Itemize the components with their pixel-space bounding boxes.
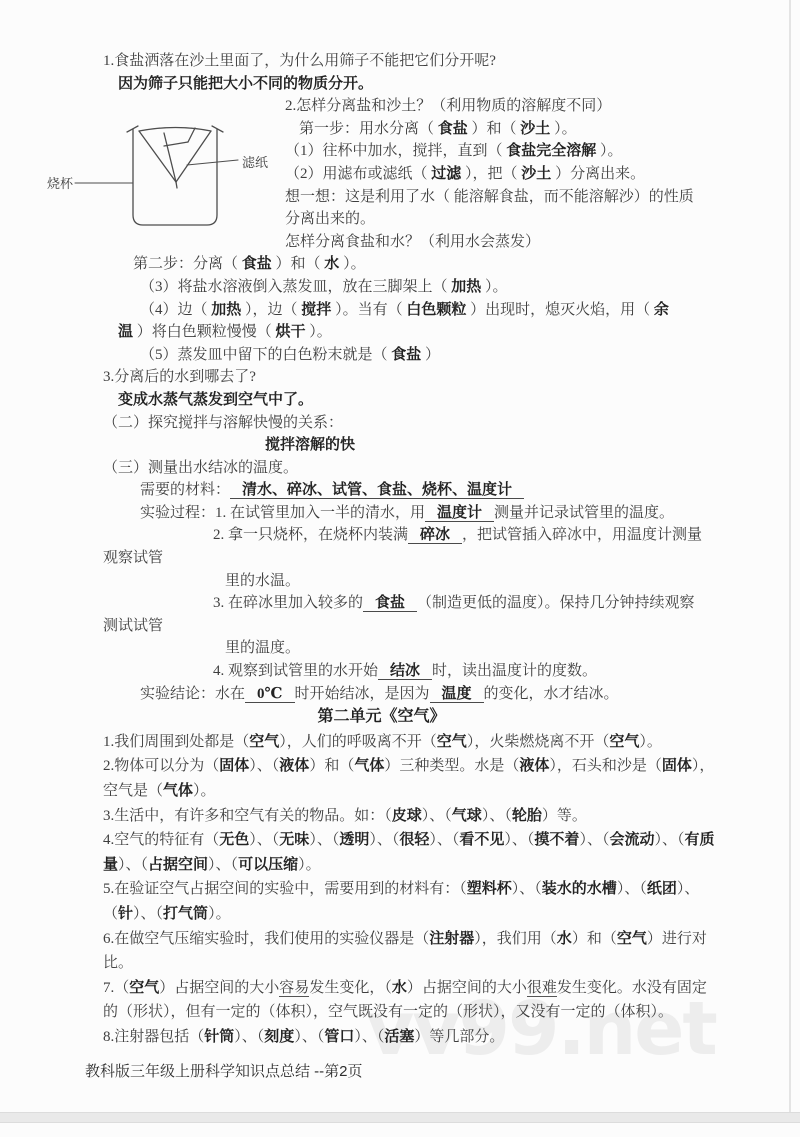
doc-line: 4. 观察到试管里的水开始结冰时，读出温度计的度数。 <box>103 660 720 683</box>
text-run: ）三种类型。水是（ <box>384 758 519 774</box>
text-run: 5.在验证空气占据空间的实验中，需要用到的材料有：（ <box>103 881 467 897</box>
answer-text: 余 <box>654 302 669 318</box>
page-right-edge <box>789 0 791 1112</box>
doc-line: 3.分离后的水到哪去了? <box>103 366 720 389</box>
answer-text: 活塞 <box>384 1029 414 1045</box>
doc-line: 6.在做空气压缩实验时，我们使用的实验仪器是（注射器），我们用（水）和（空气）进… <box>103 927 720 976</box>
answer-text: 加热 <box>211 302 241 318</box>
text-run: ）、（ <box>354 1029 384 1045</box>
text-run: ）。 <box>208 906 231 922</box>
answer-text: 打气筒 <box>163 906 208 922</box>
page-separator <box>0 1112 800 1123</box>
answer-text: 会流动 <box>609 832 654 848</box>
text-run: ）。 <box>193 783 216 799</box>
text-run: 4. 观察到试管里的水开始 <box>213 663 378 679</box>
answer-text: 气体 <box>163 783 193 799</box>
beaker-filter-diagram: 烧杯 滤纸 <box>45 99 285 249</box>
answer-blank: 温度计 <box>425 505 494 522</box>
answer-text: 加热 <box>451 279 481 295</box>
doc-line: 3.生活中，有许多和空气有关的物品。如：（皮球）、（气球）、（轮胎）等。 <box>103 804 720 829</box>
answer-text: 水 <box>324 256 339 272</box>
text-run: （5）蒸发皿中留下的白色粉末就是（ <box>140 347 391 363</box>
text-run: ）分离出来。 <box>551 166 645 182</box>
doc-line: 实验结论：水在0℃时开始结冰，是因为温度的变化，水才结冰。 <box>103 683 720 706</box>
text-run: 测量并记录试管里的温度。 <box>494 505 674 521</box>
text-run: 6.在做空气压缩实验时，我们使用的实验仪器是（ <box>103 931 429 947</box>
doc-line: 搅拌溶解的快 <box>103 434 720 457</box>
answer-text: 无味 <box>279 832 309 848</box>
text-run: （4）边（ <box>140 302 211 318</box>
page-footer: 教科版三年级上册科学知识点总结 --第2页 <box>85 1060 363 1081</box>
text-run: ）等。 <box>542 808 587 824</box>
text-run: ），边（ <box>241 302 301 318</box>
text-run: 7.（ <box>103 980 129 996</box>
doc-line: 7.（空气）占据空间的大小容易发生变化，（水）占据空间的大小很难发生变化。水没有… <box>103 976 720 1025</box>
text-run: ）。 <box>306 324 332 340</box>
text-run: （2）用滤布或滤纸（ <box>285 166 431 182</box>
answer-text: 轮胎 <box>512 808 542 824</box>
beaker-label: 烧杯 <box>47 173 73 192</box>
doc-line: 需要的材料：清水、碎冰、试管、食盐、烧杯、温度计 <box>103 479 720 502</box>
text-run: ）和（ <box>572 931 617 947</box>
answer-text: 气球 <box>452 808 482 824</box>
text-run: 时开始结冰，是因为 <box>295 686 430 702</box>
text-run: 想一想：这是利用了水（ 能溶解食盐，而不能溶解沙）的性质 <box>285 189 694 205</box>
section1-intro: 1.食盐洒落在沙土里面了，为什么用筛子不能把它们分开呢?因为筛子只能把大小不同的… <box>103 50 720 95</box>
text-run: （三）测量出水结冰的温度。 <box>103 460 298 476</box>
doc-line: 2.物体可以分为（固体）、（液体）和（气体）三种类型。水是（液体），石头和沙是（… <box>103 754 720 803</box>
doc-line: （三）测量出水结冰的温度。 <box>103 457 720 480</box>
doc-line: 温 ）将白色颗粒慢慢（ 烘干 ）。 <box>103 321 720 344</box>
answer-text: 固体 <box>219 758 249 774</box>
text-run: ）和（ <box>309 758 354 774</box>
answer-text: 食盐 <box>438 121 468 137</box>
text-run: 观察试管 <box>103 550 163 566</box>
doc-line: 8.注射器包括（针筒）、（刻度）、（管口）、（活塞）等几部分。 <box>103 1025 720 1050</box>
answer-text: 沙土 <box>521 166 551 182</box>
answer-text: 空气 <box>129 980 159 996</box>
text-run: ）。 <box>596 143 622 159</box>
text-run: ）、（ <box>512 881 542 897</box>
text-run: 2.怎样分离盐和沙土？（利用物质的溶解度不同） <box>285 98 611 114</box>
text-run: ）、（ <box>118 857 148 873</box>
unit2-body: 1.我们周围到处都是（空气），人们的呼吸离不开（空气），火柴燃烧离不开（空气）。… <box>103 730 720 1050</box>
answer-text: 空气 <box>249 734 279 750</box>
text-run: （二）探究搅拌与溶解快慢的关系： <box>103 415 343 431</box>
text-run: ）、（ <box>234 1029 264 1045</box>
text-run: 第一步：用水分离（ <box>299 121 438 137</box>
doc-line: （二）探究搅拌与溶解快慢的关系： <box>103 412 720 435</box>
doc-line: 实验过程：1. 在试管里加入一半的清水，用温度计测量并记录试管里的温度。 <box>103 502 720 525</box>
answer-text: 固体 <box>662 758 692 774</box>
doc-line: 观察试管 <box>103 547 720 570</box>
answer-text: 沙土 <box>520 121 550 137</box>
text-run: ），我们用（ <box>474 931 557 947</box>
text-run: 测试试管 <box>103 618 163 634</box>
answer-text: 刻度 <box>264 1029 294 1045</box>
unit2-title: 第二单元《空气》 <box>103 705 720 730</box>
doc-line: 测试试管 <box>103 615 720 638</box>
text-run: 怎样分离食盐和水？（利用水会蒸发） <box>285 234 540 250</box>
text-run: 发生变化，（ <box>309 980 392 996</box>
answer-text: 空气 <box>617 931 647 947</box>
text-run: 3.分离后的水到哪去了? <box>103 369 256 385</box>
document-content: 1.食盐洒落在沙土里面了，为什么用筛子不能把它们分开呢?因为筛子只能把大小不同的… <box>0 0 800 1050</box>
filter-paper-label: 滤纸 <box>242 152 268 171</box>
doc-line: 1.食盐洒落在沙土里面了，为什么用筛子不能把它们分开呢? <box>103 50 720 73</box>
text-run: ）出现时，熄灭火焰，用（ <box>466 302 654 318</box>
text-run: ）占据空间的大小 <box>407 980 527 996</box>
answer-text: 可以压缩 <box>238 857 298 873</box>
doc-line: 5.在验证空气占据空间的实验中，需要用到的材料有：（塑料杯）、（装水的水槽）、（… <box>103 877 720 926</box>
text-run: 很难 <box>527 980 557 997</box>
text-run: ）将白色颗粒慢慢（ <box>133 324 276 340</box>
answer-text: 占据空间 <box>148 857 208 873</box>
text-run: 里的水温。 <box>225 573 300 589</box>
doc-line: 里的温度。 <box>103 637 720 660</box>
doc-line: 变成水蒸气蒸发到空气中了。 <box>103 389 720 412</box>
text-run: ）、（ <box>294 1029 324 1045</box>
text-run: ）、（ <box>249 832 279 848</box>
text-run: ）、（ <box>208 857 238 873</box>
answer-text: 纸团 <box>647 881 677 897</box>
text-run: ）、（ <box>482 808 512 824</box>
text-run: 4.空气的特征有（ <box>103 832 219 848</box>
text-run: ）、（ <box>133 906 163 922</box>
text-run: 3. 在碎冰里加入较多的 <box>213 595 363 611</box>
answer-blank: 结冰 <box>378 663 432 680</box>
doc-line: 1.我们周围到处都是（空气），人们的呼吸离不开（空气），火柴燃烧离不开（空气）。 <box>103 730 720 755</box>
answer-text: 针筒 <box>204 1029 234 1045</box>
answer-text: 过滤 <box>431 166 461 182</box>
answer-text: 温 <box>118 324 133 340</box>
answer-text: 塑料杯 <box>467 881 512 897</box>
text-run: 1.食盐洒落在沙土里面了，为什么用筛子不能把它们分开呢? <box>103 53 496 69</box>
answer-text: 食盐 <box>391 347 421 363</box>
doc-line: （5）蒸发皿中留下的白色粉末就是（ 食盐 ） <box>103 344 720 367</box>
answer-text: 管口 <box>324 1029 354 1045</box>
text-run: ）、（ <box>579 832 609 848</box>
answer-text: 因为筛子只能把大小不同的物质分开。 <box>118 76 373 92</box>
answer-text: 空气 <box>437 734 467 750</box>
beaker-filter-sketch <box>45 99 285 249</box>
text-run: ）、（ <box>429 832 459 848</box>
text-run: ）和（ <box>468 121 521 137</box>
text-run: 实验过程：1. 在试管里加入一半的清水，用 <box>140 505 425 521</box>
answer-text: 透明 <box>339 832 369 848</box>
doc-line: （4）边（ 加热 ），边（ 搅拌 ）。当有（ 白色颗粒 ）出现时，熄灭火焰，用（… <box>103 299 720 322</box>
doc-line: 里的水温。 <box>103 570 720 593</box>
answer-text: 摸不着 <box>534 832 579 848</box>
doc-line: （3）将盐水溶液倒入蒸发皿，放在三脚架上（ 加热 ）。 <box>103 276 720 299</box>
answer-text: 白色颗粒 <box>406 302 466 318</box>
answer-text: 注射器 <box>429 931 474 947</box>
answer-blank: 碎冰 <box>408 527 462 544</box>
text-run: 容易 <box>279 980 309 997</box>
answer-text: 很轻 <box>399 832 429 848</box>
text-run: ）、（ <box>654 832 684 848</box>
answer-text: 气体 <box>354 758 384 774</box>
text-run: 第二步：分离（ <box>133 256 242 272</box>
answer-text: 无色 <box>219 832 249 848</box>
text-run: ）、（ <box>249 758 279 774</box>
answer-text: 水 <box>392 980 407 996</box>
text-run: ）。 <box>550 121 576 137</box>
answer-text: 液体 <box>279 758 309 774</box>
doc-line: 3. 在碎冰里加入较多的食盐（制造更低的温度）。保持几分钟持续观察 <box>103 592 720 615</box>
text-run: 1.我们周围到处都是（ <box>103 734 249 750</box>
text-run: （1）往杯中加水，搅拌，直到（ <box>285 143 506 159</box>
text-run: ）、（ <box>369 832 399 848</box>
text-run: （制造更低的温度）。保持几分钟持续观察 <box>417 595 695 611</box>
text-run: 里的温度。 <box>225 640 300 656</box>
answer-text: 搅拌溶解的快 <box>265 437 355 453</box>
answer-text: 皮球 <box>392 808 422 824</box>
text-run: 需要的材料： <box>140 482 230 498</box>
text-run: ）。 <box>339 256 365 272</box>
text-run: ）、（ <box>422 808 452 824</box>
text-run: ，把试管插入碎冰中，用温度计测量 <box>462 527 702 543</box>
text-run: ）占据空间的大小 <box>159 980 279 996</box>
text-run: ），火柴燃烧离不开（ <box>467 734 610 750</box>
text-run: ）。 <box>481 279 507 295</box>
doc-line: 因为筛子只能把大小不同的物质分开。 <box>103 73 720 96</box>
unit2-section: 第二单元《空气》 1.我们周围到处都是（空气），人们的呼吸离不开（空气），火柴燃… <box>103 705 720 1049</box>
text-run: ）、（ <box>309 832 339 848</box>
text-run: ）。 <box>639 734 662 750</box>
text-run: ），把（ <box>461 166 521 182</box>
answer-text: 装水的水槽 <box>542 881 617 897</box>
text-run: 3.生活中，有许多和空气有关的物品。如：（ <box>103 808 392 824</box>
answer-text: 针 <box>118 906 133 922</box>
answer-text: 食盐 <box>242 256 272 272</box>
doc-line: 第二步：分离（ 食盐 ）和（ 水 ）。 <box>103 253 720 276</box>
answer-text: 液体 <box>519 758 549 774</box>
answer-text: 看不见 <box>459 832 504 848</box>
text-run: ）和（ <box>272 256 325 272</box>
answer-blank: 清水、碎冰、试管、食盐、烧杯、温度计 <box>230 482 524 499</box>
answer-text: 水 <box>557 931 572 947</box>
answer-blank: 食盐 <box>363 595 417 612</box>
text-run: 实验结论：水在 <box>140 686 245 702</box>
section1-flow: 烧杯 滤纸 2.怎样分离盐和沙土？（利用物质的溶解度不同）第一步：用水分离（ 食… <box>103 95 720 705</box>
text-run: ）、（ <box>617 881 647 897</box>
document-page: vv99.net 1.食盐洒落在沙土里面了，为什么用筛子不能把它们分开呢?因为筛… <box>0 0 800 1137</box>
text-run: 2. 拿一只烧杯，在烧杯内装满 <box>213 527 408 543</box>
text-run: ）。 <box>298 857 321 873</box>
text-run: ）等几部分。 <box>414 1029 504 1045</box>
answer-blank: 0℃ <box>245 686 294 703</box>
text-run: ），人们的呼吸离不开（ <box>279 734 437 750</box>
text-run: ） <box>421 347 440 363</box>
text-run: 分离出来的。 <box>285 211 375 227</box>
text-run: ）。当有（ <box>331 302 406 318</box>
doc-line: 4.空气的特征有（无色）、（无味）、（透明）、（很轻）、（看不见）、（摸不着）、… <box>103 828 720 877</box>
text-run: ），石头和沙是（ <box>549 758 662 774</box>
text-run: 的变化，水才结冰。 <box>484 686 619 702</box>
text-run: 8.注射器包括（ <box>103 1029 204 1045</box>
answer-text: 搅拌 <box>301 302 331 318</box>
text-run: ）、（ <box>504 832 534 848</box>
answer-blank: 温度 <box>430 686 484 703</box>
answer-text: 变成水蒸气蒸发到空气中了。 <box>118 392 313 408</box>
text-run: 2.物体可以分为（ <box>103 758 219 774</box>
answer-text: 食盐完全溶解 <box>506 143 596 159</box>
doc-line: 2. 拿一只烧杯，在烧杯内装满碎冰，把试管插入碎冰中，用温度计测量 <box>103 524 720 547</box>
text-run: 时，读出温度计的度数。 <box>432 663 597 679</box>
text-run: （3）将盐水溶液倒入蒸发皿，放在三脚架上（ <box>140 279 451 295</box>
answer-text: 空气 <box>609 734 639 750</box>
answer-text: 烘干 <box>276 324 306 340</box>
